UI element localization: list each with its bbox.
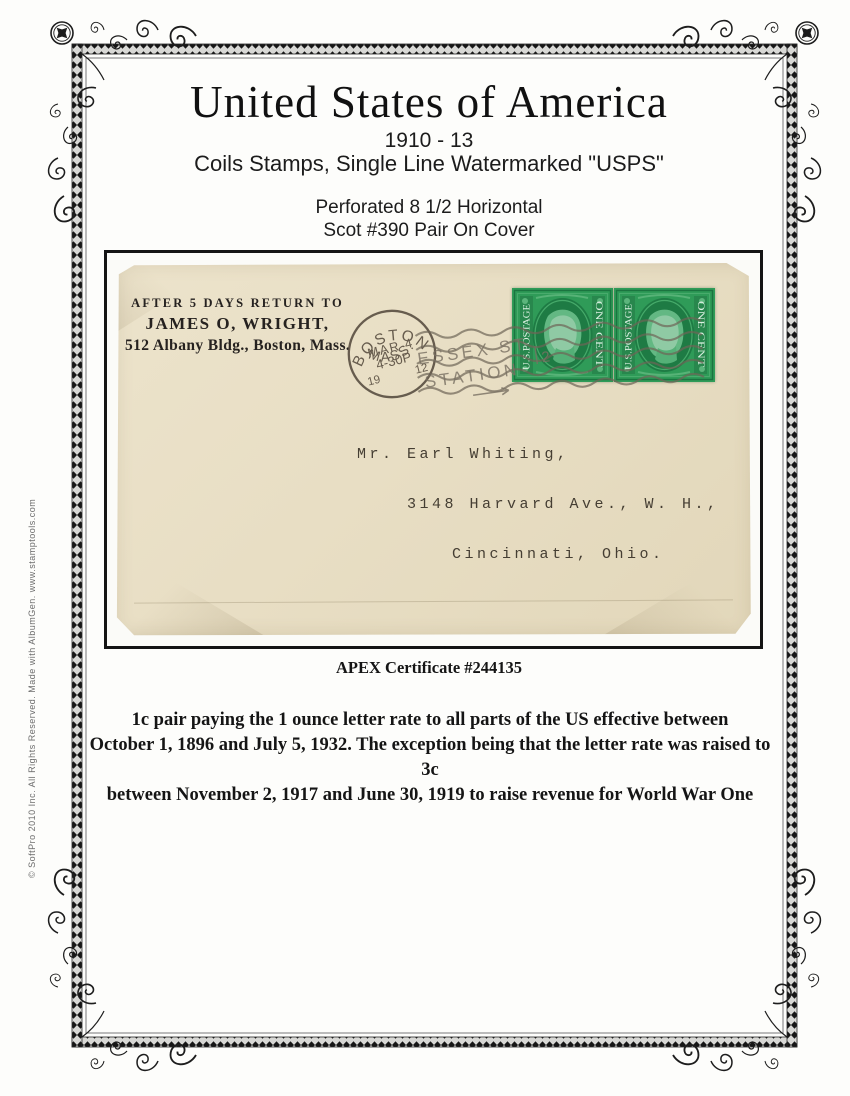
postmark-year-left: 19 [366, 374, 381, 389]
rosette-icon [796, 22, 818, 44]
subtitle-catalog: Scot #390 Pair On Cover [20, 220, 838, 242]
copyright-vertical-text: © SoftPro 2010 Inc. All Rights Reserved.… [27, 499, 37, 878]
address-line-3: Cincinnati, Ohio. [452, 546, 665, 563]
envelope-fold [115, 546, 265, 636]
return-address: AFTER 5 DAYS RETURN TO JAMES O, WRIGHT, … [125, 296, 350, 355]
cover-frame: AFTER 5 DAYS RETURN TO JAMES O, WRIGHT, … [104, 250, 763, 649]
album-page: United States of America 1910 - 13 Coils… [0, 0, 850, 1096]
return-address-line-2: JAMES O, WRIGHT, [125, 314, 350, 334]
certificate-line: APEX Certificate #244135 [20, 658, 838, 678]
machine-cancel: ESSEX ST STATION 2 [413, 312, 723, 410]
cancel-number: 2 [540, 348, 551, 366]
page-title: United States of America [20, 76, 838, 128]
envelope: AFTER 5 DAYS RETURN TO JAMES O, WRIGHT, … [115, 263, 752, 636]
corner-filigree-icon [673, 870, 822, 1072]
corner-filigree-icon [47, 870, 196, 1072]
description-line-3: between November 2, 1917 and June 30, 19… [80, 783, 780, 808]
address-line-2: 3148 Harvard Ave., W. H., [407, 496, 720, 513]
cancel-arrow-icon [473, 387, 510, 399]
address-line-1: Mr. Earl Whiting, [357, 446, 570, 463]
return-address-line-1: AFTER 5 DAYS RETURN TO [125, 296, 350, 311]
description-line-1: 1c pair paying the 1 ounce letter rate t… [80, 708, 780, 733]
subtitle-series: Coils Stamps, Single Line Watermarked "U… [20, 151, 838, 177]
description-paragraph: 1c pair paying the 1 ounce letter rate t… [80, 708, 780, 808]
subtitle-period: 1910 - 13 [20, 129, 838, 153]
return-address-line-3: 512 Albany Bldg., Boston, Mass. [125, 337, 350, 355]
envelope-crease [134, 599, 733, 603]
rosette-icon [51, 22, 73, 44]
description-line-2: October 1, 1896 and July 5, 1932. The ex… [80, 733, 780, 783]
subtitle-perforation: Perforated 8 1/2 Horizontal [20, 197, 838, 219]
